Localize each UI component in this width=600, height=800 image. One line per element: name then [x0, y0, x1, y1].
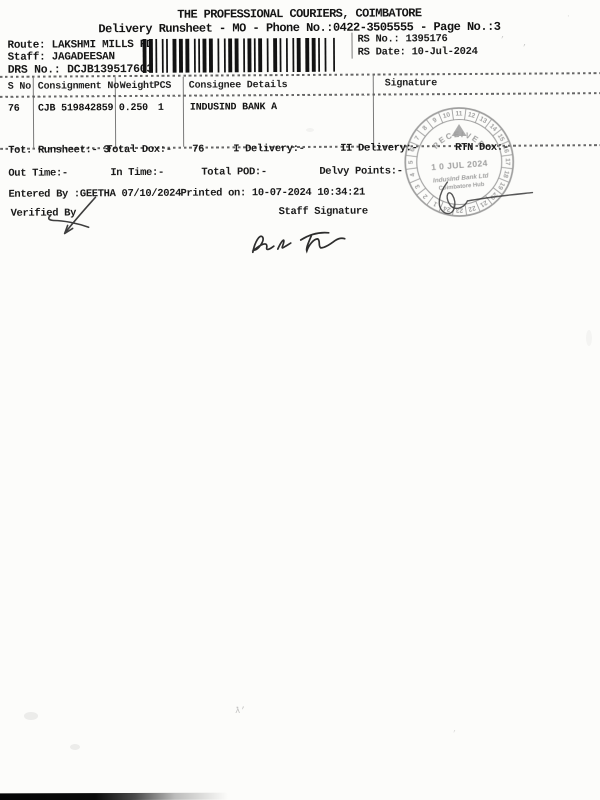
col-header-pcs: PCS: [154, 81, 171, 92]
svg-text:11: 11: [455, 111, 462, 118]
ii-delivery: II Delivery:-: [340, 142, 417, 154]
scan-smudge: [70, 744, 80, 750]
svg-text:22: 22: [467, 204, 476, 213]
svg-text:4: 4: [409, 172, 417, 178]
out-time: Out Time:-: [8, 167, 68, 179]
svg-text:10: 10: [442, 111, 451, 120]
separator-under-table-header: [0, 92, 600, 97]
staff-line: Staff: JAGADEESAN: [8, 51, 115, 64]
scan-smudge: [24, 712, 38, 720]
cell-consignment: CJB 519842859: [38, 103, 113, 114]
route-line: Route: LAKSHMI MILLS RD: [8, 39, 153, 52]
svg-text:18: 18: [501, 170, 510, 179]
scan-artifact: ’: [522, 44, 527, 53]
total-pod: Total POD:-: [201, 166, 267, 178]
in-time: In Time:-: [110, 167, 164, 179]
scan-smudge: [586, 330, 592, 346]
scanned-delivery-runsheet: THE PROFESSIONAL COURIERS, COIMBATORE De…: [0, 0, 600, 800]
verified-by-label: Verified By: [11, 207, 77, 219]
svg-text:3: 3: [414, 183, 422, 190]
svg-text:7: 7: [414, 135, 422, 142]
staff-signature-ink: [253, 233, 345, 253]
scan-smudge: [306, 128, 314, 132]
table-column-line: [373, 76, 374, 146]
runsheet-title-line: Delivery Runsheet - MO - Phone No.:0422-…: [0, 19, 599, 37]
rtn-dox: RTN Dox:-: [455, 142, 509, 154]
cell-sno: 76: [8, 104, 20, 115]
table-column-line: [33, 78, 34, 148]
stamp-date: 1 0 JUL 2024: [431, 158, 488, 172]
table-column-line: [183, 77, 184, 147]
scan-artifact: ’: [452, 730, 457, 739]
col-header-signature: Signature: [385, 78, 437, 89]
rs-box-border: [351, 33, 352, 59]
rs-date-line: RS Date: 10-Jul-2024: [358, 46, 478, 59]
delvy-points: Delvy Points:-: [319, 165, 402, 178]
col-header-consignee: Consignee Details: [189, 80, 288, 92]
scan-edge-shadow: [0, 793, 230, 800]
scan-artifact: ƛ’: [235, 706, 246, 716]
barcode: [143, 38, 340, 78]
total-dox-value: 76: [192, 144, 204, 156]
svg-text:1: 1: [432, 200, 439, 208]
svg-text:21: 21: [478, 199, 488, 209]
received-date-stamp: RECEIVED 1 0 JUL 2024 IndusInd Bank Ltd …: [401, 104, 518, 226]
cell-pcs: 1: [158, 103, 164, 114]
svg-text:8: 8: [421, 124, 429, 132]
svg-text:2: 2: [422, 192, 430, 200]
scan-artifact: ·: [566, 12, 571, 21]
col-header-sno: S No: [8, 82, 31, 93]
svg-text:12: 12: [467, 111, 476, 120]
col-header-consignment: Consignment No: [38, 81, 119, 92]
svg-text:23: 23: [456, 206, 464, 213]
cell-weight: 0.250: [119, 103, 148, 114]
printed-on: Printed on: 10-07-2024 10:34:21: [180, 187, 365, 200]
i-delivery: I Delivery:-: [233, 143, 304, 155]
col-header-weight: Weight: [120, 81, 155, 92]
svg-text:13: 13: [478, 115, 488, 125]
document-content: THE PROFESSIONAL COURIERS, COIMBATORE De…: [0, 0, 600, 800]
tot-runsheet: Tot. Runsheet:- 3: [8, 144, 109, 157]
svg-text:9: 9: [432, 117, 439, 125]
rs-no-line: RS No.: 1395176: [357, 33, 447, 46]
cell-consignee: INDUSIND BANK A: [190, 102, 277, 114]
total-dox-label: Total Dox:-: [106, 144, 172, 156]
svg-text:24: 24: [442, 204, 451, 213]
svg-text:5: 5: [408, 160, 415, 164]
svg-text:17: 17: [504, 158, 511, 166]
scan-artifact: ’: [500, 36, 505, 45]
staff-signature-label: Staff Signature: [279, 206, 368, 219]
entered-by: Entered By :GEETHA 07/10/2024: [8, 188, 181, 201]
svg-text:19: 19: [496, 181, 506, 191]
